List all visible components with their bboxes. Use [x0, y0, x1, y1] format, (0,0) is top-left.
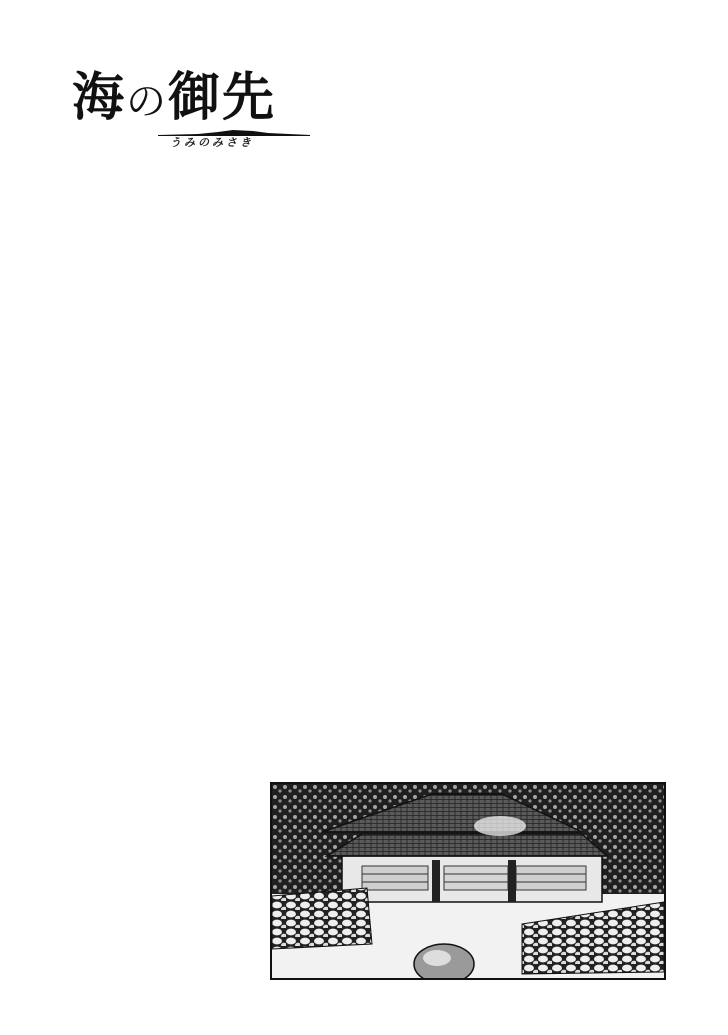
series-logo: 海の御先 うみのみさき: [72, 68, 322, 160]
logo-hiragana-no: の: [126, 79, 168, 125]
house-illustration: [272, 784, 664, 978]
logo-reading: うみのみさき: [170, 134, 254, 150]
manga-panel-house: [270, 782, 666, 980]
logo-kanji-umi: 海: [72, 67, 126, 128]
logo-title: 海の御先: [72, 68, 276, 132]
logo-kanji-misaki: 御先: [168, 67, 276, 128]
